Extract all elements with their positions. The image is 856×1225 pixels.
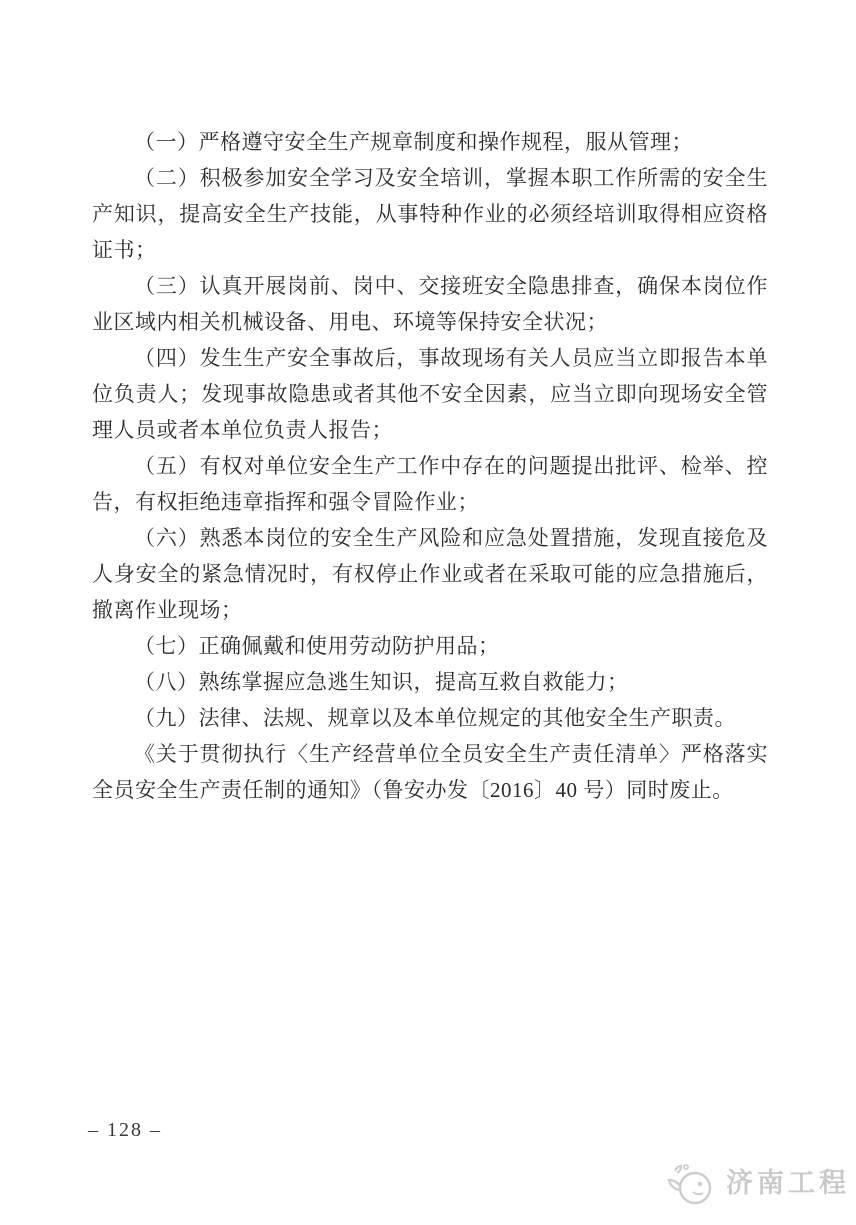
paragraph-item-3: （三）认真开展岗前、岗中、交接班安全隐患排查，确保本岗位作业区域内相关机械设备、… [92,268,768,340]
publisher-watermark: 济南工程 [663,1158,850,1208]
page-number: – 128 – [88,1119,162,1142]
paragraph-item-9: （九）法律、法规、规章以及本单位规定的其他安全生产职责。 [92,700,768,736]
paragraph-item-1: （一）严格遵守安全生产规章制度和操作规程，服从管理； [92,124,768,160]
paragraph-item-2: （二）积极参加安全学习及安全培训，掌握本职工作所需的安全生产知识，提高安全生产技… [92,160,768,268]
paragraph-item-7: （七）正确佩戴和使用劳动防护用品； [92,628,768,664]
paragraph-item-6: （六）熟悉本岗位的安全生产风险和应急处置措施，发现直接危及人身安全的紧急情况时，… [92,520,768,628]
publisher-brand-label: 济南工程 [726,1170,850,1197]
mascot-logo-icon [663,1159,719,1207]
paragraph-item-5: （五）有权对单位安全生产工作中存在的问题提出批评、检举、控告，有权拒绝违章指挥和… [92,448,768,520]
document-body: （一）严格遵守安全生产规章制度和操作规程，服从管理； （二）积极参加安全学习及安… [92,124,768,808]
document-page: （一）严格遵守安全生产规章制度和操作规程，服从管理； （二）积极参加安全学习及安… [0,0,856,1225]
paragraph-item-4: （四）发生生产安全事故后，事故现场有关人员应当立即报告本单位负责人；发现事故隐患… [92,340,768,448]
paragraph-item-8: （八）熟练掌握应急逃生知识，提高互救自救能力； [92,664,768,700]
paragraph-repeal-notice: 《关于贯彻执行〈生产经营单位全员安全生产责任清单〉严格落实全员安全生产责任制的通… [92,736,768,808]
